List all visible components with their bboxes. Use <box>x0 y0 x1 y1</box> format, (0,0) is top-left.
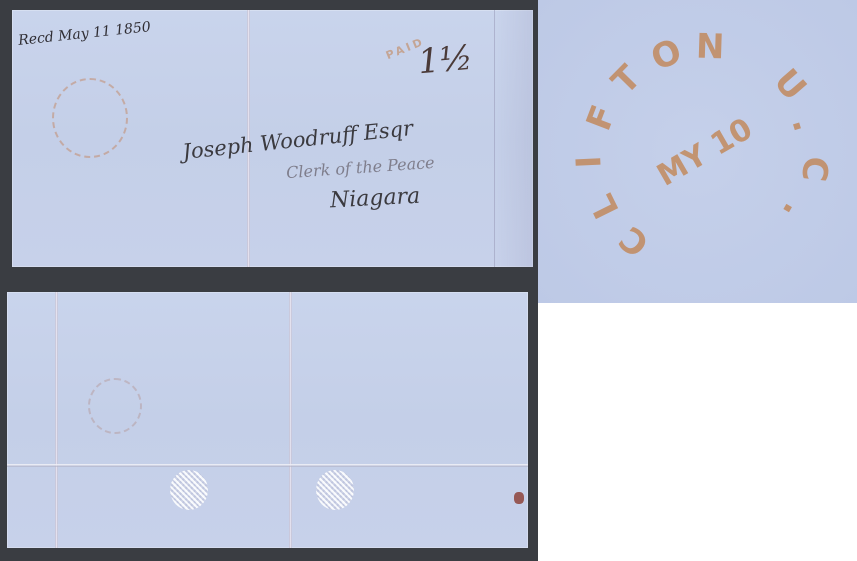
address-line-3: Niagara <box>329 184 420 214</box>
postmark-date: MY 10 <box>651 111 758 193</box>
postmark-letter: F <box>579 100 625 136</box>
postmark-front <box>52 78 128 158</box>
postmark-back <box>88 378 142 434</box>
postmark-letter: . <box>783 112 825 136</box>
wafer-seal <box>170 470 208 510</box>
postmark-letter: C <box>612 218 657 265</box>
postage-rate: 1½ <box>416 38 474 83</box>
postmark-letter: N <box>696 27 726 68</box>
postmark-ring: CLIFTON U.C.MY 10 <box>568 30 838 280</box>
paper-edge <box>494 10 533 267</box>
fold-line <box>289 292 292 548</box>
postmark-detail: CLIFTON U.C.MY 10 <box>538 0 857 303</box>
postmark-letter: U <box>766 61 814 108</box>
letter-back <box>7 292 528 548</box>
postmark-letter: C <box>794 155 837 184</box>
postmark-letter: O <box>646 31 688 79</box>
wafer-seal <box>316 470 354 510</box>
fold-line <box>7 464 528 467</box>
postmark-letter: T <box>604 58 649 103</box>
postmark-letter: L <box>583 187 628 224</box>
fold-line <box>55 292 58 548</box>
ink-stain <box>514 492 524 504</box>
postmark-letter: . <box>774 196 815 227</box>
postmark-letter: I <box>569 155 610 170</box>
